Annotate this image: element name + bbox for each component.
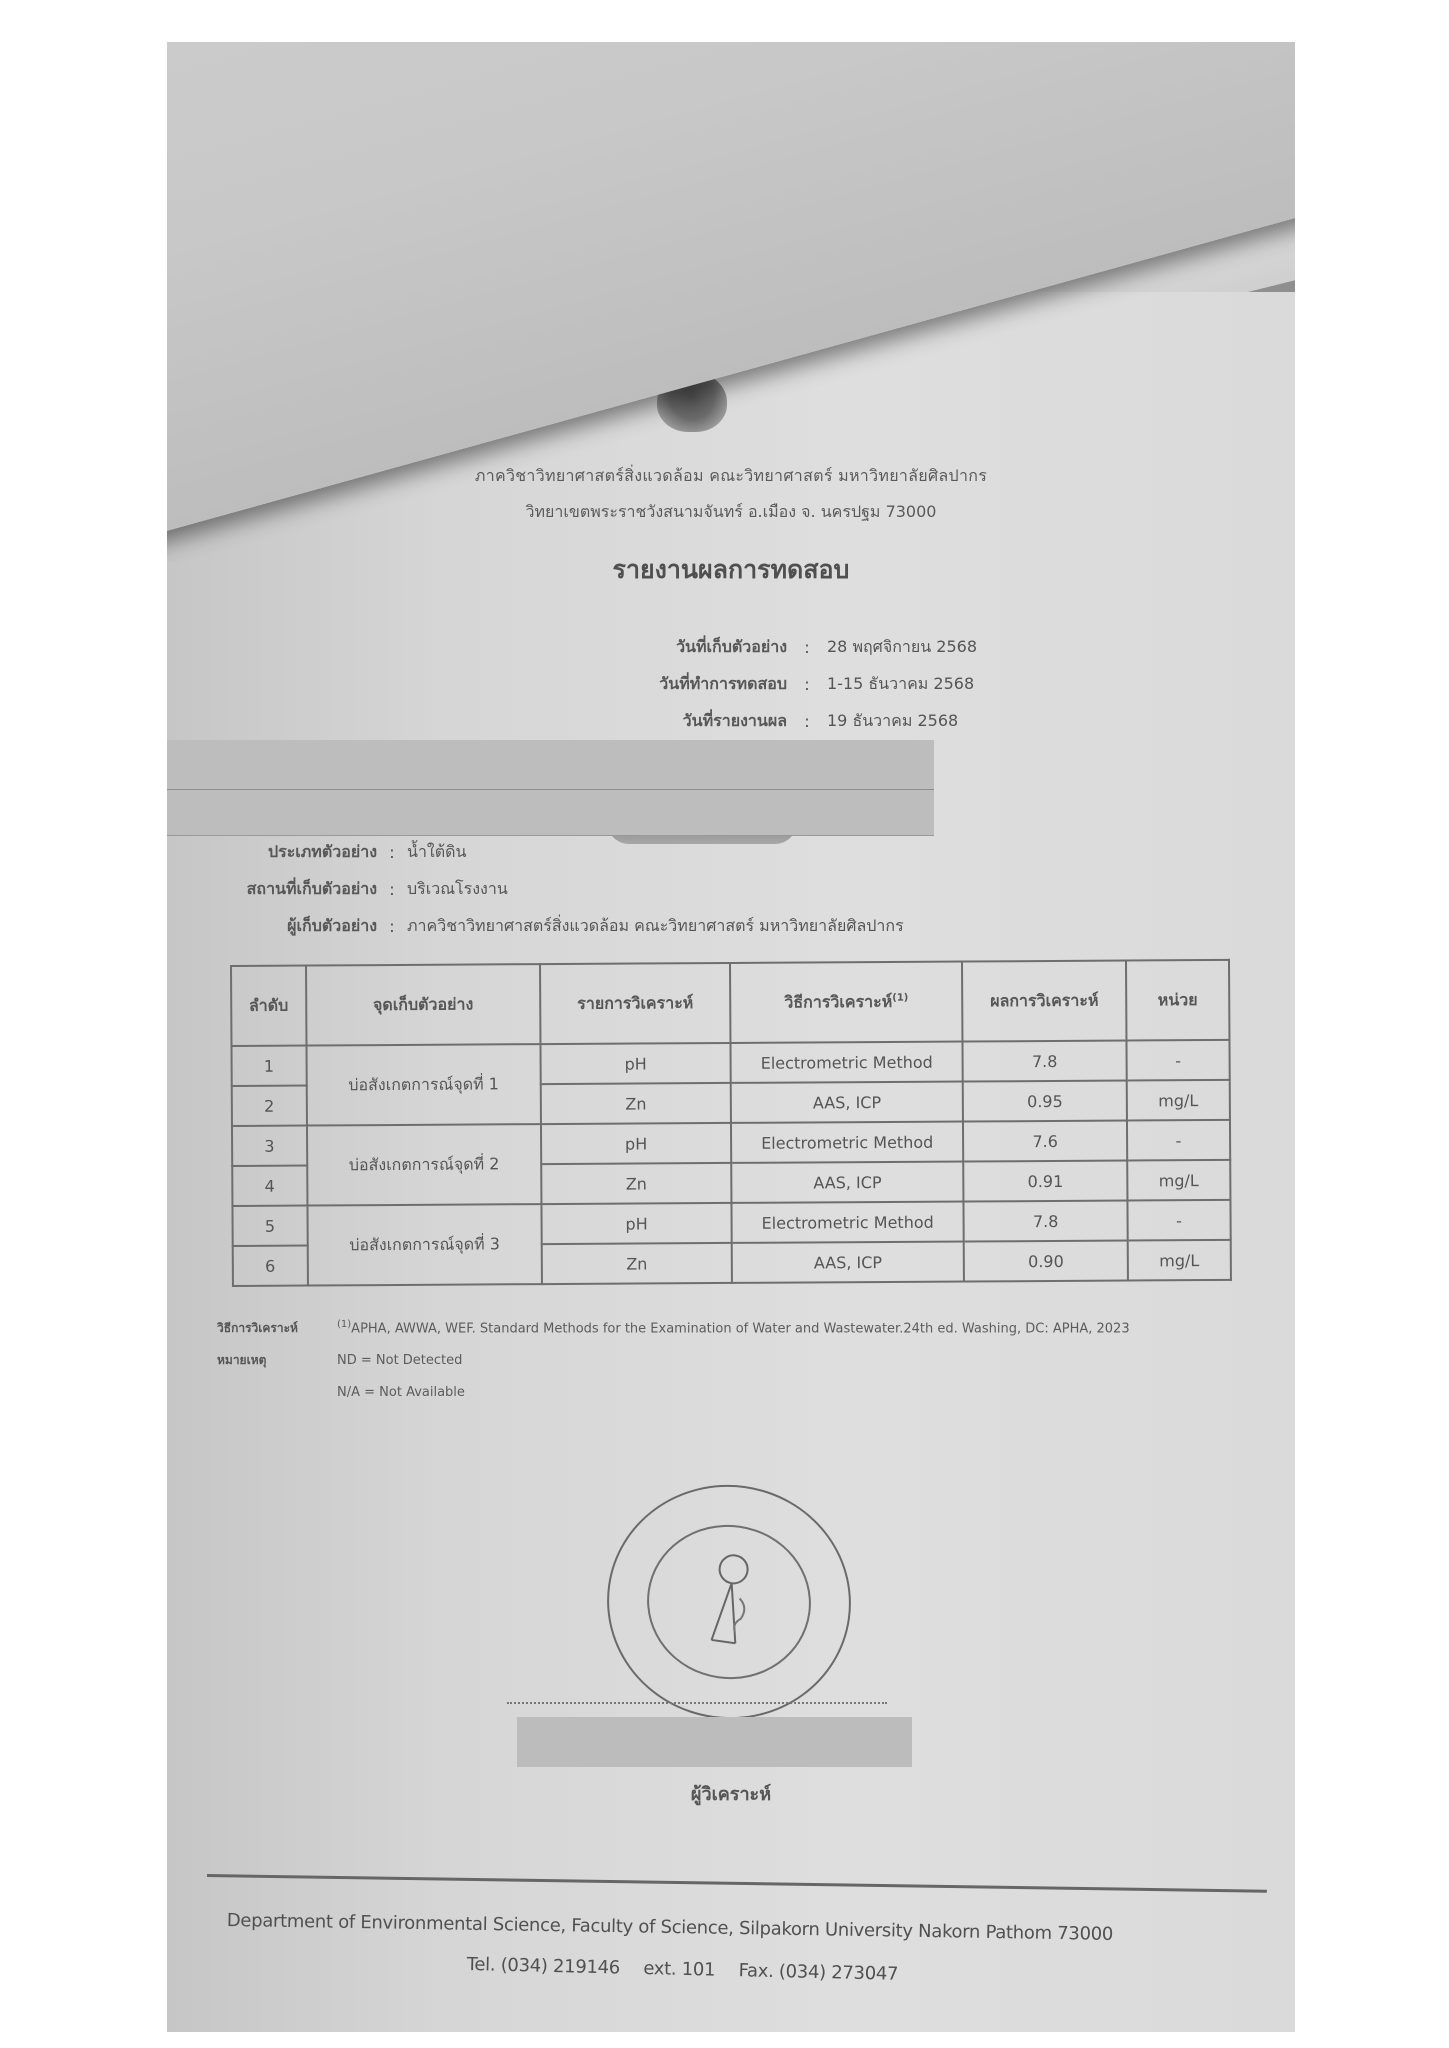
footnote-marker: (1) — [337, 1319, 351, 1330]
redaction-bar — [167, 740, 934, 836]
remark-na: N/A = Not Available — [217, 1376, 1130, 1408]
department-line: ภาควิชาวิทยาศาสตร์สิ่งแวดล้อม คณะวิทยาศา… — [167, 464, 1295, 489]
cell-method: Electrometric Method — [731, 1202, 964, 1243]
footer-address: Department of Environmental Science, Fac… — [227, 1910, 1114, 1945]
cell-unit: - — [1127, 1200, 1230, 1241]
separator: : — [377, 880, 407, 899]
cell-method: Electrometric Method — [731, 1122, 964, 1163]
separator: : — [787, 712, 827, 731]
header-item: รายการวิเคราะห์ — [540, 963, 730, 1044]
cell-no: 6 — [233, 1246, 308, 1286]
cell-method: AAS, ICP — [732, 1242, 965, 1283]
redaction-bar-signature — [517, 1717, 912, 1767]
date-value: 19 ธันวาคม 2568 — [827, 709, 958, 734]
footer-fax: Fax. (034) 273047 — [738, 1960, 898, 1985]
separator: : — [377, 917, 407, 936]
report-title: รายงานผลการทดสอบ — [167, 550, 1295, 590]
document-photo: ภาควิชาวิทยาศาสตร์สิ่งแวดล้อม คณะวิทยาศา… — [167, 42, 1295, 2032]
info-value: ภาควิชาวิทยาศาสตร์สิ่งแวดล้อม คณะวิทยาศา… — [407, 914, 904, 939]
footer-divider — [207, 1874, 1267, 1893]
footer-contact: Tel. (034) 219146 ext. 101 Fax. (034) 27… — [467, 1954, 917, 1985]
header-no: ลำดับ — [231, 966, 306, 1046]
test-report-page: ภาควิชาวิทยาศาสตร์สิ่งแวดล้อม คณะวิทยาศา… — [167, 292, 1295, 2032]
cell-no: 4 — [232, 1166, 307, 1206]
separator: : — [787, 675, 827, 694]
method-reference: วิธีการวิเคราะห์ (1)APHA, AWWA, WEF. Sta… — [217, 1312, 1130, 1344]
cell-result: 0.90 — [964, 1241, 1128, 1282]
cell-item: Zn — [541, 1083, 731, 1124]
cell-method: Electrometric Method — [730, 1042, 963, 1083]
cell-unit: mg/L — [1128, 1240, 1231, 1281]
date-label: วันที่ทำการทดสอบ — [587, 672, 787, 697]
cell-point: บ่อสังเกตการณ์จุดที่ 3 — [307, 1204, 542, 1285]
sampling-date: วันที่เก็บตัวอย่าง : 28 พฤศจิกายน 2568 — [587, 629, 977, 666]
official-stamp-icon — [592, 1469, 866, 1735]
info-label: ผู้เก็บตัวอย่าง — [177, 914, 377, 939]
cell-unit: mg/L — [1127, 1080, 1230, 1121]
cell-unit: - — [1126, 1040, 1229, 1081]
date-value: 28 พฤศจิกายน 2568 — [827, 635, 977, 660]
cell-method: AAS, ICP — [731, 1082, 964, 1123]
footnote-marker: (1) — [892, 992, 908, 1003]
cell-no: 5 — [232, 1206, 307, 1246]
cell-item: Zn — [542, 1243, 732, 1284]
cell-point: บ่อสังเกตการณ์จุดที่ 2 — [307, 1124, 542, 1205]
table-header-row: ลำดับ จุดเก็บตัวอย่าง รายการวิเคราะห์ วิ… — [231, 960, 1229, 1046]
cell-result: 0.91 — [963, 1161, 1127, 1202]
info-value: น้ำใต้ดิน — [407, 840, 466, 865]
report-dates: วันที่เก็บตัวอย่าง : 28 พฤศจิกายน 2568 ว… — [587, 629, 977, 740]
remark-text: N/A = Not Available — [337, 1385, 465, 1400]
footer-ext: ext. 101 — [643, 1958, 715, 1981]
table-body: 1บ่อสังเกตการณ์จุดที่ 1pHElectrometric M… — [231, 1040, 1230, 1286]
address-line: วิทยาเขตพระราชวังสนามจันทร์ อ.เมือง จ. น… — [167, 500, 1295, 525]
info-label: สถานที่เก็บตัวอย่าง — [177, 877, 377, 902]
signature-line — [507, 1702, 887, 1704]
info-label: ประเภทตัวอย่าง — [177, 840, 377, 865]
report-date: วันที่รายงานผล : 19 ธันวาคม 2568 — [587, 703, 977, 740]
stamp-emblem-icon — [693, 1543, 766, 1650]
date-label: วันที่เก็บตัวอย่าง — [587, 635, 787, 660]
table-row: 5บ่อสังเกตการณ์จุดที่ 3pHElectrometric M… — [232, 1200, 1230, 1246]
sample-location: สถานที่เก็บตัวอย่าง : บริเวณโรงงาน — [177, 871, 904, 908]
notes: วิธีการวิเคราะห์ (1)APHA, AWWA, WEF. Sta… — [217, 1312, 1130, 1408]
cell-unit: - — [1127, 1120, 1230, 1161]
cell-result: 0.95 — [963, 1081, 1127, 1122]
cell-item: pH — [541, 1043, 731, 1084]
cell-result: 7.6 — [963, 1121, 1127, 1162]
cell-result: 7.8 — [963, 1041, 1127, 1082]
separator: : — [377, 843, 407, 862]
cell-point: บ่อสังเกตการณ์จุดที่ 1 — [306, 1044, 541, 1125]
cell-item: Zn — [541, 1163, 731, 1204]
cell-item: pH — [542, 1203, 732, 1244]
table-row: 3บ่อสังเกตการณ์จุดที่ 2pHElectrometric M… — [232, 1120, 1230, 1166]
method-ref-text: APHA, AWWA, WEF. Standard Methods for th… — [351, 1322, 1129, 1337]
method-note-label: วิธีการวิเคราะห์ — [217, 1319, 337, 1338]
cell-no: 2 — [232, 1086, 307, 1126]
cell-unit: mg/L — [1127, 1160, 1230, 1201]
remark-label: หมายเหตุ — [217, 1351, 337, 1370]
cell-item: pH — [541, 1123, 731, 1164]
sample-collector: ผู้เก็บตัวอย่าง : ภาควิชาวิทยาศาสตร์สิ่ง… — [177, 908, 904, 945]
header-method-label: วิธีการวิเคราะห์ — [784, 991, 892, 1011]
date-value: 1-15 ธันวาคม 2568 — [827, 672, 974, 697]
cell-no: 1 — [231, 1046, 306, 1086]
table-row: 1บ่อสังเกตการณ์จุดที่ 1pHElectrometric M… — [231, 1040, 1229, 1086]
method-note-text: (1)APHA, AWWA, WEF. Standard Methods for… — [337, 1319, 1130, 1336]
header-unit: หน่วย — [1126, 960, 1230, 1041]
sample-info: ประเภทตัวอย่าง : น้ำใต้ดิน สถานที่เก็บตั… — [177, 834, 904, 945]
header-point: จุดเก็บตัวอย่าง — [306, 964, 541, 1045]
remark-nd: หมายเหตุ ND = Not Detected — [217, 1344, 1130, 1376]
info-value: บริเวณโรงงาน — [407, 877, 508, 902]
results-table: ลำดับ จุดเก็บตัวอย่าง รายการวิเคราะห์ วิ… — [230, 959, 1232, 1287]
header-method: วิธีการวิเคราะห์(1) — [730, 962, 963, 1043]
cell-method: AAS, ICP — [731, 1162, 964, 1203]
header-result: ผลการวิเคราะห์ — [962, 961, 1126, 1042]
testing-date: วันที่ทำการทดสอบ : 1-15 ธันวาคม 2568 — [587, 666, 977, 703]
date-label: วันที่รายงานผล — [587, 709, 787, 734]
footer-tel: Tel. (034) 219146 — [467, 1954, 621, 1978]
sample-type: ประเภทตัวอย่าง : น้ำใต้ดิน — [177, 834, 904, 871]
analyst-role: ผู้วิเคราะห์ — [167, 1779, 1295, 1808]
university-crest-icon — [657, 372, 727, 432]
cell-result: 7.8 — [964, 1201, 1128, 1242]
separator: : — [787, 638, 827, 657]
remark-text: ND = Not Detected — [337, 1353, 462, 1368]
cell-no: 3 — [232, 1126, 307, 1166]
